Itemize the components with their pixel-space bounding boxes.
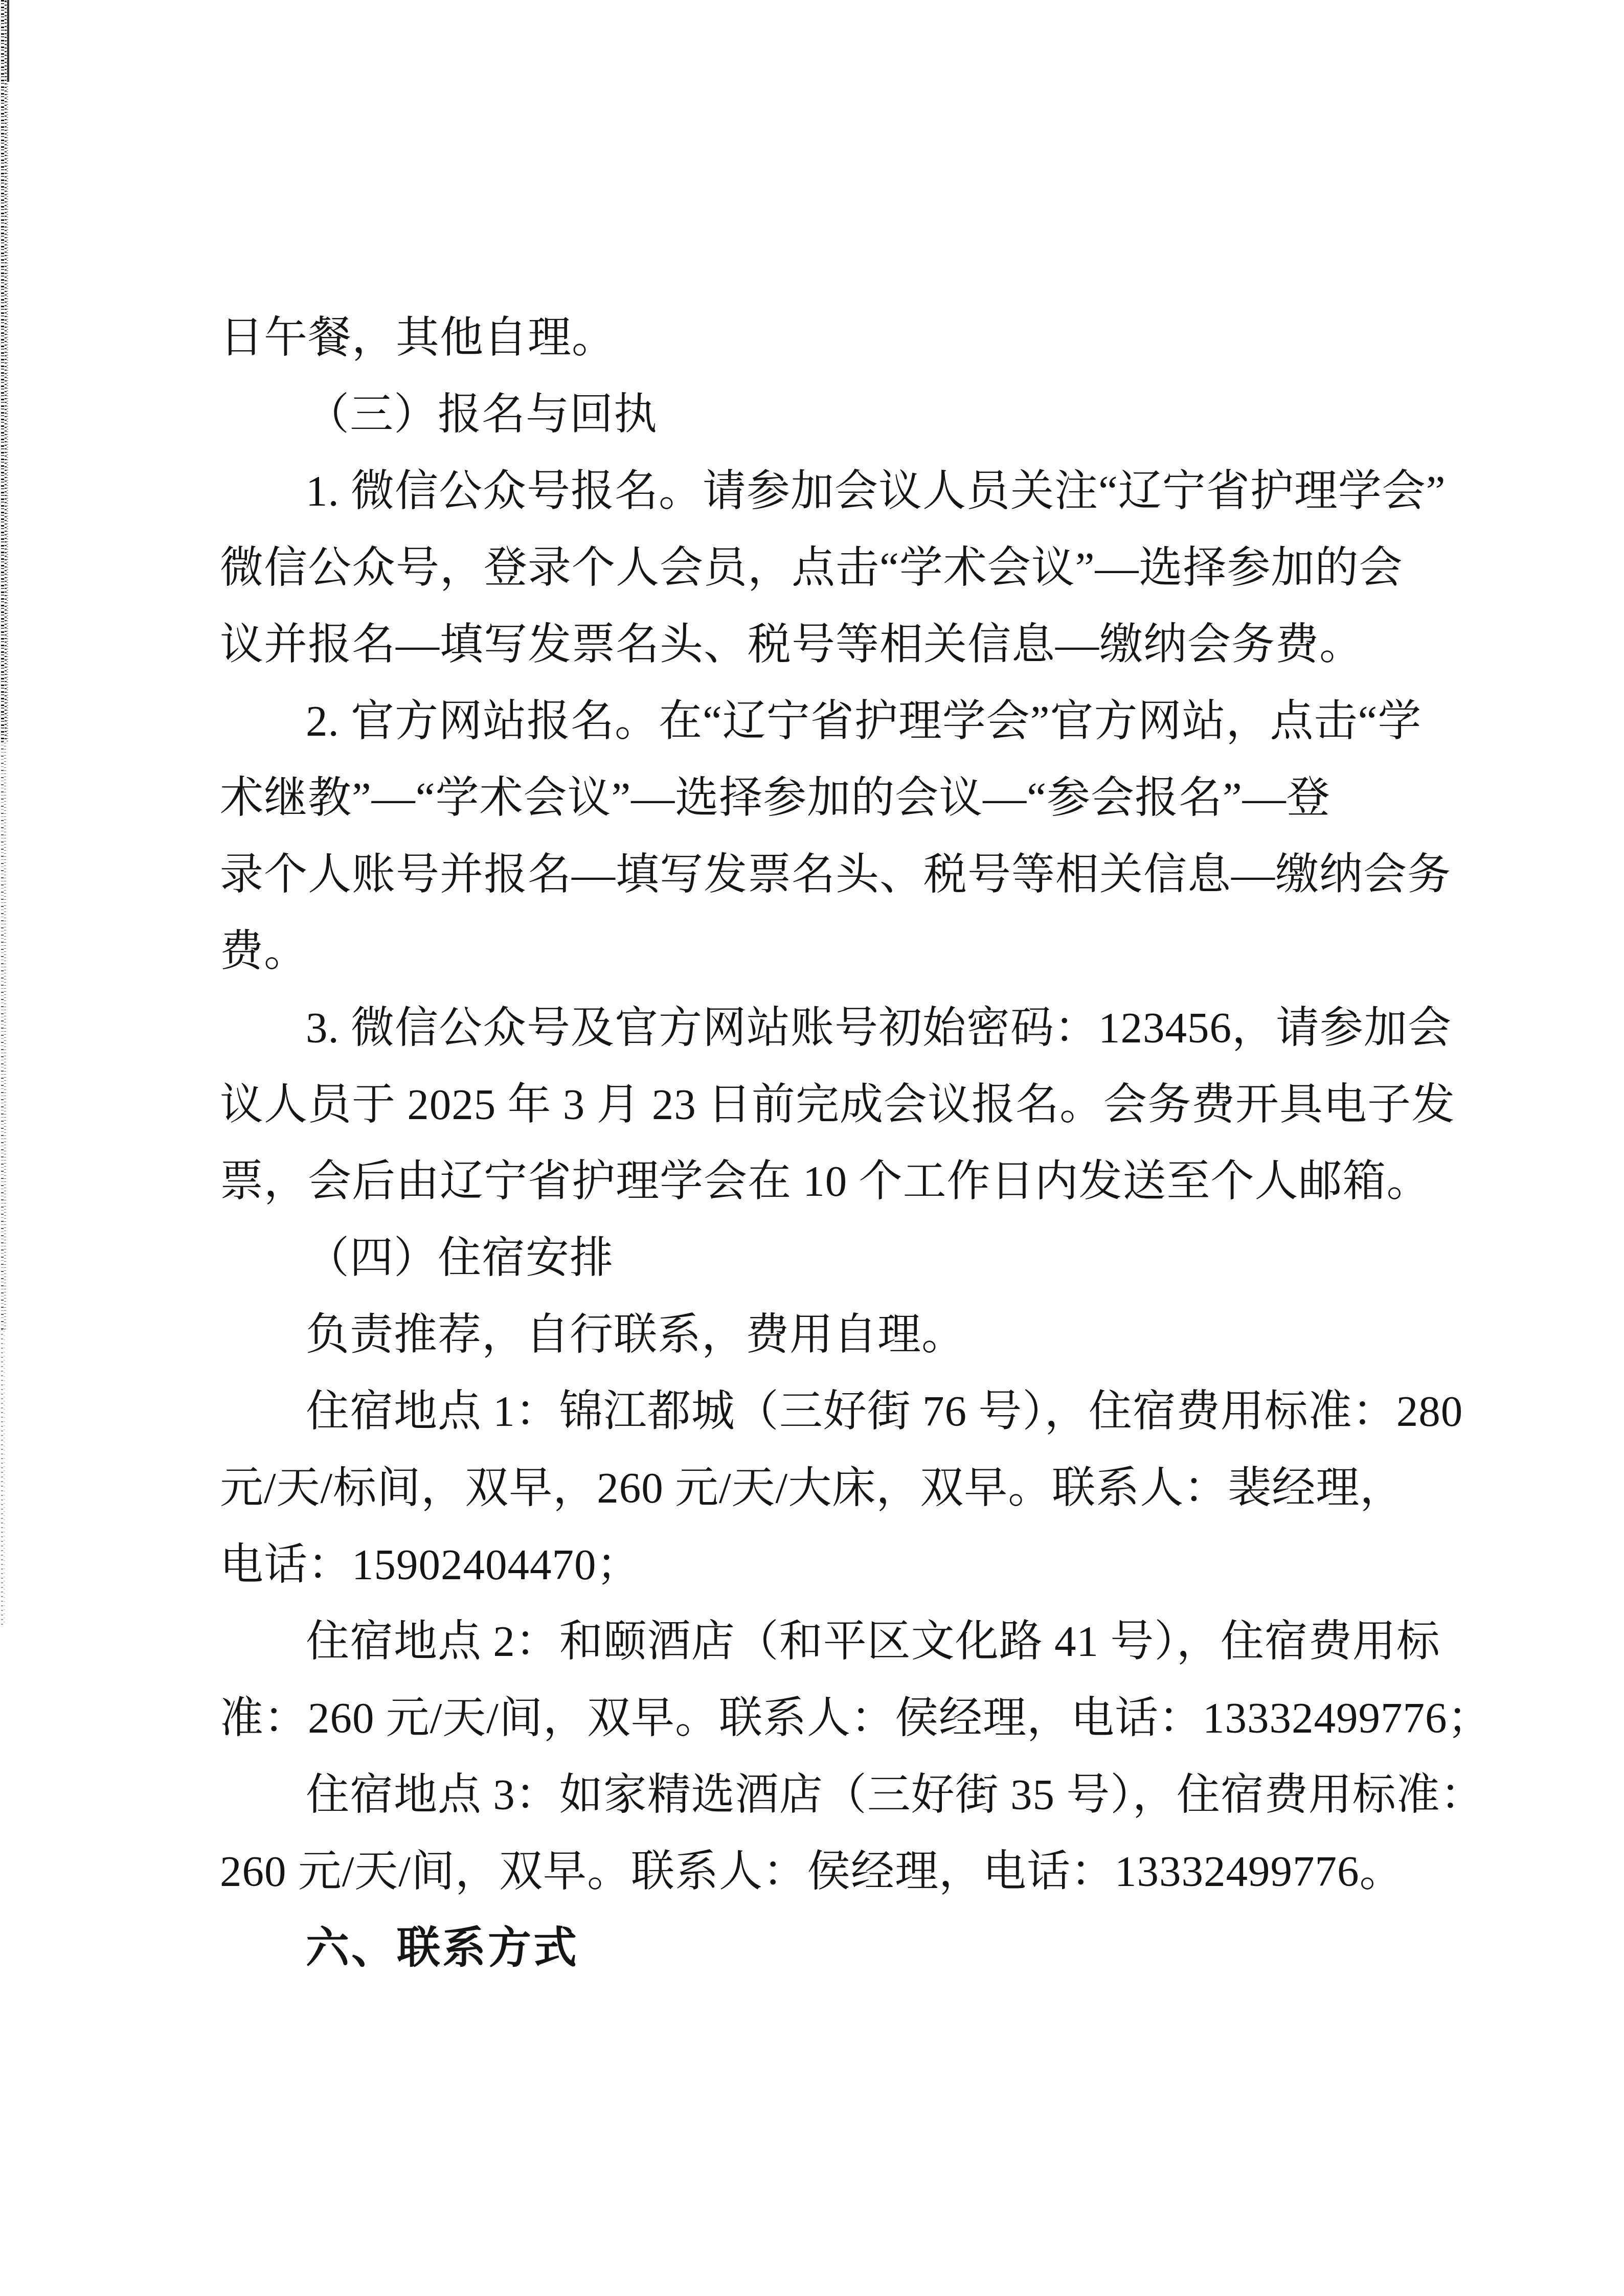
text-line-21: 260 元/天/间，双早。联系人：侯经理，电话：13332499776。 <box>220 1833 1445 1910</box>
text-line-18: 住宿地点 2：和颐酒店（和平区文化路 41 号），住宿费用标 <box>220 1603 1445 1680</box>
text-line-2: （三）报名与回执 <box>220 376 1445 453</box>
text-line-13: （四）住宿安排 <box>220 1220 1445 1297</box>
document-body: 日午餐，其他自理。（三）报名与回执1. 微信公众号报名。请参加会议人员关注“辽宁… <box>220 300 1445 1987</box>
document-page: 日午餐，其他自理。（三）报名与回执1. 微信公众号报名。请参加会议人员关注“辽宁… <box>0 0 1624 2296</box>
text-line-17: 电话：15902404470； <box>220 1527 1445 1603</box>
text-line-1: 日午餐，其他自理。 <box>220 300 1445 376</box>
text-line-22: 六、联系方式 <box>220 1910 1445 1987</box>
scan-noise-segment-bottom <box>1 1329 5 1626</box>
text-line-5: 议并报名—填写发票名头、税号等相关信息—缴纳会务费。 <box>220 606 1445 683</box>
text-line-19: 准：260 元/天/间，双早。联系人：侯经理，电话：13332499776； <box>220 1680 1445 1757</box>
text-line-15: 住宿地点 1：锦江都城（三好街 76 号），住宿费用标准：280 <box>220 1373 1445 1450</box>
scan-noise-top-line <box>7 0 9 82</box>
text-line-4: 微信公众号，登录个人会员，点击“学术会议”—选择参加的会 <box>220 530 1445 606</box>
text-line-11: 议人员于 2025 年 3 月 23 日前完成会议报名。会务费开具电子发 <box>220 1066 1445 1143</box>
text-line-14: 负责推荐，自行联系，费用自理。 <box>220 1297 1445 1373</box>
text-line-6: 2. 官方网站报名。在“辽宁省护理学会”官方网站，点击“学 <box>220 683 1445 760</box>
text-line-3: 1. 微信公众号报名。请参加会议人员关注“辽宁省护理学会” <box>220 453 1445 530</box>
text-line-9: 费。 <box>220 913 1445 990</box>
scan-noise-segment-top <box>1 0 8 741</box>
text-line-8: 录个人账号并报名—填写发票名头、税号等相关信息—缴纳会务 <box>220 836 1445 913</box>
text-line-10: 3. 微信公众号及官方网站账号初始密码：123456，请参加会 <box>220 990 1445 1066</box>
scan-noise-segment-middle <box>1 741 7 1329</box>
text-line-20: 住宿地点 3：如家精选酒店（三好街 35 号），住宿费用标准： <box>220 1757 1445 1833</box>
text-line-16: 元/天/标间，双早，260 元/天/大床，双早。联系人：裴经理， <box>220 1450 1445 1527</box>
text-line-7: 术继教”—“学术会议”—选择参加的会议—“参会报名”—登 <box>220 760 1445 836</box>
text-line-12: 票，会后由辽宁省护理学会在 10 个工作日内发送至个人邮箱。 <box>220 1143 1445 1220</box>
